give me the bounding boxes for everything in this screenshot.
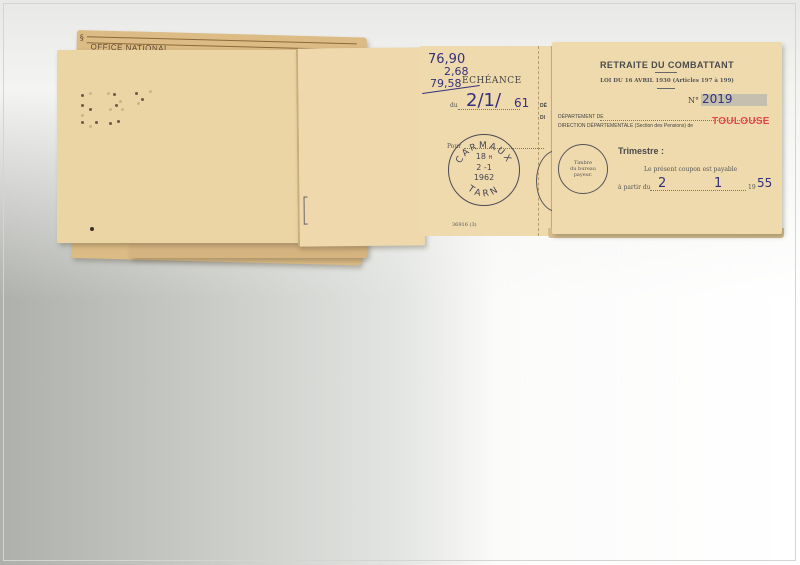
postmark-hour-suffix: H: [488, 155, 492, 161]
booklet-left-page: [57, 50, 302, 243]
handwritten-day: 2: [658, 176, 666, 191]
direction-label: DIRECTION DÉPARTEMENTALE (Section des Pe…: [558, 123, 693, 129]
side-tab: DÉ: [540, 100, 547, 112]
law-rule: [657, 88, 675, 89]
coupon-number: 2019: [702, 92, 733, 106]
booklet-middle-page: [296, 47, 425, 246]
postmark-center: 18 H 2 -1 1962: [449, 152, 519, 183]
pension-coupon: RETRAITE DU COMBATTANT LOI DU 16 AVRIL 1…: [552, 42, 782, 234]
postmark-year: 1962: [449, 173, 519, 183]
perforation-holes: [79, 88, 169, 128]
handwritten-month: 1: [714, 176, 722, 191]
department-label: DÉPARTEMENT DE: [558, 114, 604, 120]
echeance-heading: ÉCHÉANCE: [462, 76, 522, 86]
from-label: à partir du: [618, 184, 651, 191]
corner-ornament-icon: §: [80, 33, 84, 42]
postmark-hour: 18: [476, 152, 486, 161]
payable-text: Le présent coupon est payable: [644, 166, 737, 173]
handwritten-year: 55: [757, 176, 772, 190]
du-label: du: [450, 102, 458, 109]
handwritten-date: 2/1/: [466, 90, 501, 111]
city-stamp: TOULOUSE: [712, 116, 770, 127]
side-tabs: DÉ DI: [540, 100, 547, 124]
paying-office-stamp-circle: Timbre du bureau payeur.: [558, 144, 608, 194]
trimestre-label: Trimestre :: [618, 146, 664, 156]
postmark-date: 2 -1: [449, 163, 519, 173]
year-prefix: 19: [748, 184, 756, 191]
postmark-stamp: CARMAUX TARN 18 H 2 -1 1962: [448, 134, 520, 206]
number-label: N°: [688, 96, 699, 105]
side-tab: DI: [540, 112, 547, 124]
coupon-stub: 76,90 2,68 79,58 ÉCHÉANCE du 2/1/ 61 Pou…: [420, 46, 552, 236]
stamp-circle-text: Timbre du bureau payeur.: [559, 160, 607, 178]
law-reference: LOI DU 16 AVRIL 1930 (Articles 197 à 199…: [552, 78, 782, 84]
handwritten-year: 61: [514, 96, 529, 110]
form-code: 36916 (3): [452, 222, 477, 228]
svg-text:TARN: TARN: [465, 184, 502, 200]
title-rule: [655, 72, 677, 73]
staple: [304, 197, 308, 225]
ink-dot: [90, 227, 94, 231]
coupon-title: RETRAITE DU COMBATTANT: [552, 60, 782, 70]
